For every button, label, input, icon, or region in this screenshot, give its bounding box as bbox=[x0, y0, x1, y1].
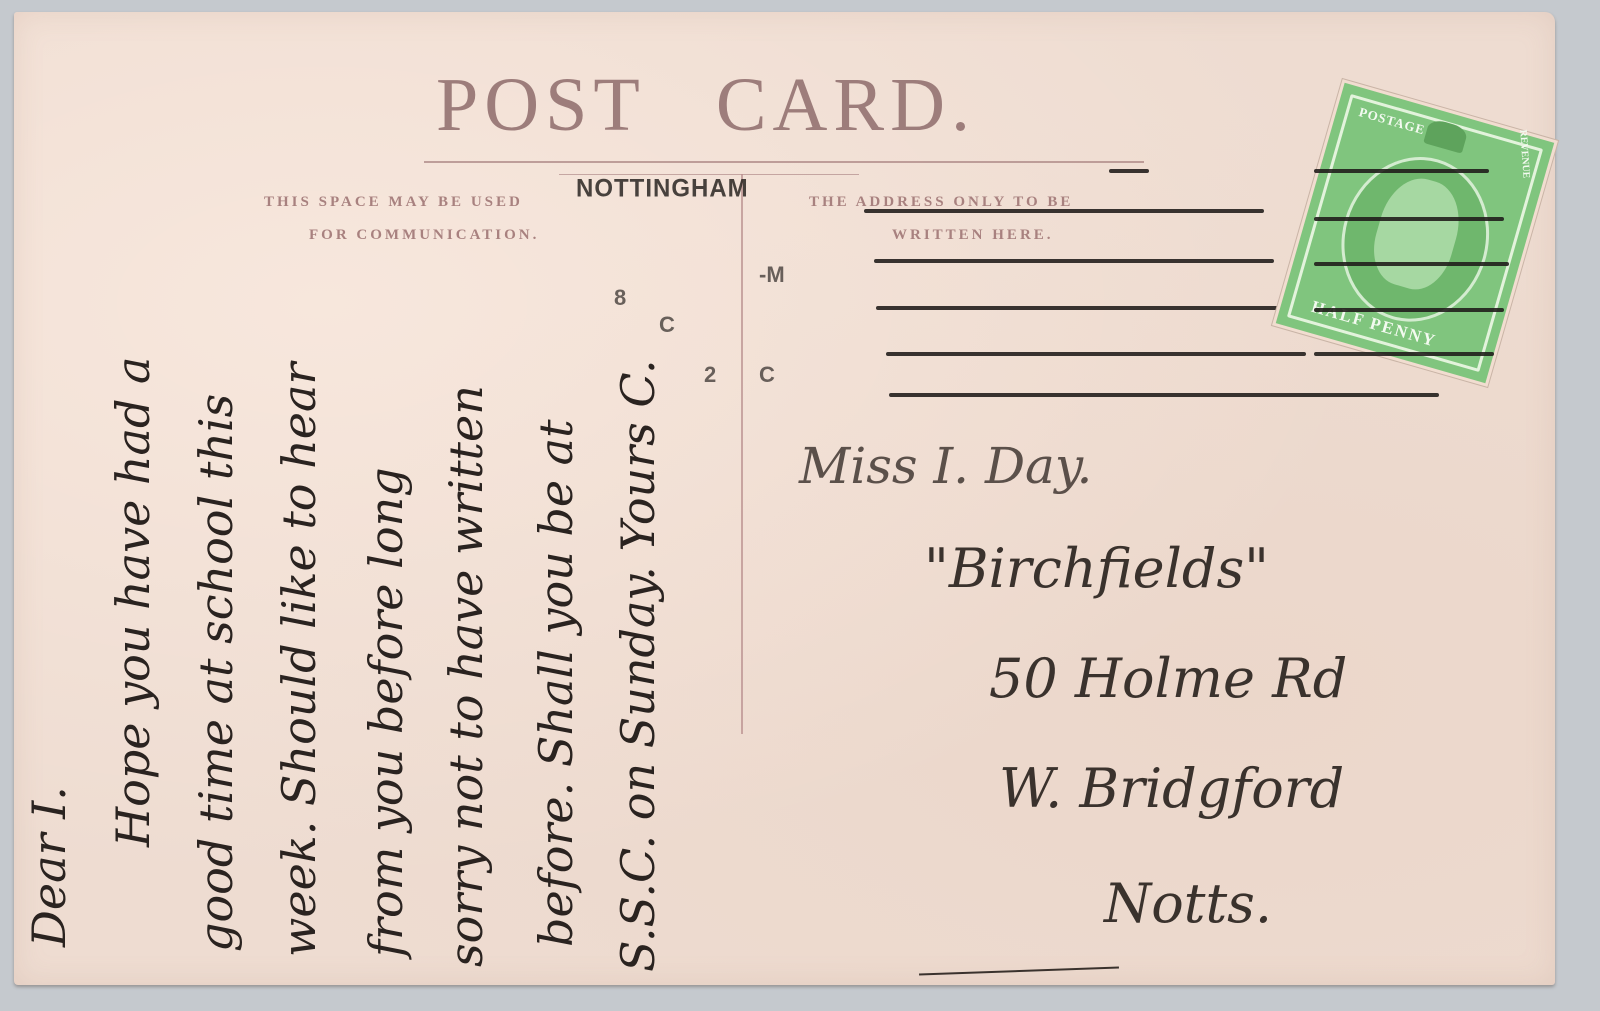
postmark-fragment: 8 bbox=[614, 285, 626, 311]
communication-label-1: THIS SPACE MAY BE USED bbox=[264, 194, 523, 211]
postage-stamp: POSTAGE REVENUE HALF PENNY bbox=[1276, 83, 1554, 383]
cancellation-bar bbox=[886, 352, 1306, 356]
cancellation-bar bbox=[864, 209, 1264, 213]
cancellation-bar bbox=[1314, 217, 1504, 221]
cancellation-bar bbox=[874, 259, 1274, 263]
stamp-revenue-label: REVENUE bbox=[1517, 129, 1531, 179]
cancellation-bar bbox=[1314, 262, 1509, 266]
address-label-2: WRITTEN HERE. bbox=[892, 227, 1054, 244]
title-post: POST bbox=[436, 63, 646, 147]
message-line: good time at school this bbox=[189, 394, 243, 952]
message-line: S.S.C. on Sunday. Yours C. bbox=[611, 359, 665, 972]
message-line: from you before long bbox=[359, 467, 413, 957]
crown-icon bbox=[1423, 118, 1469, 154]
postmark-fragment: -M bbox=[759, 262, 785, 288]
postmark-fragment: 2 bbox=[704, 362, 716, 388]
title-card: CARD. bbox=[716, 63, 976, 147]
message-line: Dear I. bbox=[22, 786, 76, 947]
postmark-fragment: C bbox=[759, 362, 775, 388]
address-recipient: Miss I. Day. bbox=[799, 437, 1092, 495]
message-line: week. Should like to hear bbox=[272, 363, 326, 957]
message-line: before. Shall you be at bbox=[529, 419, 583, 947]
postmark-town: NOTTINGHAM bbox=[576, 174, 749, 203]
cancellation-bar bbox=[1314, 308, 1504, 312]
cancellation-bar bbox=[889, 393, 1439, 397]
address-underline bbox=[919, 967, 1119, 976]
address-town: W. Bridgford bbox=[999, 757, 1344, 820]
header-rule bbox=[424, 161, 1144, 163]
cancellation-bar bbox=[876, 306, 1296, 310]
center-divider bbox=[741, 174, 743, 734]
postcard-title: POSTCARD. bbox=[436, 62, 976, 149]
cancellation-bar bbox=[1314, 352, 1494, 356]
postcard: POSTCARD. THIS SPACE MAY BE USED FOR COM… bbox=[14, 12, 1555, 985]
address-house: "Birchfields" bbox=[924, 537, 1269, 600]
stamp-postage-label: POSTAGE bbox=[1357, 104, 1427, 138]
cancellation-bar bbox=[1109, 169, 1149, 173]
cancellation-bar bbox=[1314, 169, 1489, 173]
communication-label-2: FOR COMMUNICATION. bbox=[309, 227, 539, 244]
address-county: Notts. bbox=[1104, 872, 1272, 935]
message-line: sorry not to have written bbox=[439, 385, 493, 967]
message-line: Hope you have had a bbox=[106, 357, 160, 847]
address-street: 50 Holme Rd bbox=[989, 647, 1347, 710]
postmark-fragment: C bbox=[659, 312, 675, 338]
